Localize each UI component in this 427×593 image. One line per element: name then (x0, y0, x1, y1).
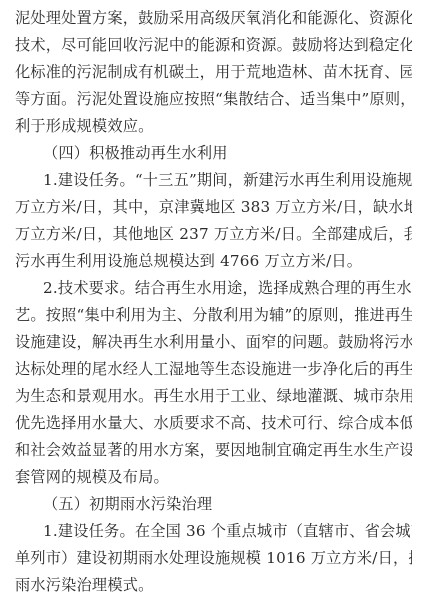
paragraph-line: 等方面。污泥处置设施应按照“集散结合、适当集中”原则，从而有 (15, 89, 412, 109)
paragraph-line: 优先选择用水量大、水质要求不高、技术可行、综合成本低、经济 (15, 413, 412, 433)
paragraph-line: 1.建设任务。“十三五”期间，新建污水再生利用设施规模 2113 (43, 170, 412, 190)
paragraph-line: 2.技术要求。结合再生水用途，选择成熟合理的再生水生产工 (43, 278, 412, 298)
paragraph-line: 泥处理处置方案，鼓励采用高级厌氧消化和能源化、资源化利用等 (15, 8, 412, 28)
paragraph-line: 污水再生利用设施总规模达到 4766 万立方米/日。 (15, 251, 412, 271)
paragraph-line: 利于形成规模效应。 (15, 116, 412, 136)
paragraph-line: 套管网的规模及布局。 (15, 467, 412, 487)
section-heading: （五）初期雨水污染治理 (43, 494, 343, 514)
paragraph-line: 万立方米/日，其中，京津冀地区 383 万立方米/日，缺水地区 1493 (15, 197, 412, 217)
paragraph-line: 化标准的污泥制成有机碳土，用于荒地造林、苗木抚育、园林绿化 (15, 62, 412, 82)
paragraph-line: 技术，尽可能回收污泥中的能源和资源。鼓励将达到稳定化、无害 (15, 35, 412, 55)
document-page: 泥处理处置方案，鼓励采用高级厌氧消化和能源化、资源化利用等技术，尽可能回收污泥中… (0, 0, 427, 593)
paragraph-line: 为生态和景观用水。再生水用于工业、绿地灌溉、城市杂用水时， (15, 386, 412, 406)
paragraph-line: 1.建设任务。在全国 36 个重点城市（直辖市、省会城市、计划 (43, 521, 412, 541)
paragraph-line: 设施建设，解决再生水利用量小、面窄的问题。鼓励将污水处理厂 (15, 332, 412, 352)
section-heading: （四）积极推动再生水利用 (43, 143, 343, 163)
paragraph-line: 万立方米/日，其他地区 237 万立方米/日。全部建成后，我国城镇 (15, 224, 412, 244)
paragraph-line: 单列市）建设初期雨水处理设施规模 1016 万立方米/日，探索初期 (15, 548, 412, 568)
paragraph-line: 艺。按照“集中利用为主、分散利用为辅”的原则，推进再生水利用 (15, 305, 412, 325)
paragraph-line: 达标处理的尾水经人工湿地等生态设施进一步净化后的再生水，作 (15, 359, 412, 379)
paragraph-line: 雨水污染治理模式。 (15, 575, 412, 593)
paragraph-line: 和社会效益显著的用水方案，要因地制宜确定再生水生产设施及配 (15, 440, 412, 460)
